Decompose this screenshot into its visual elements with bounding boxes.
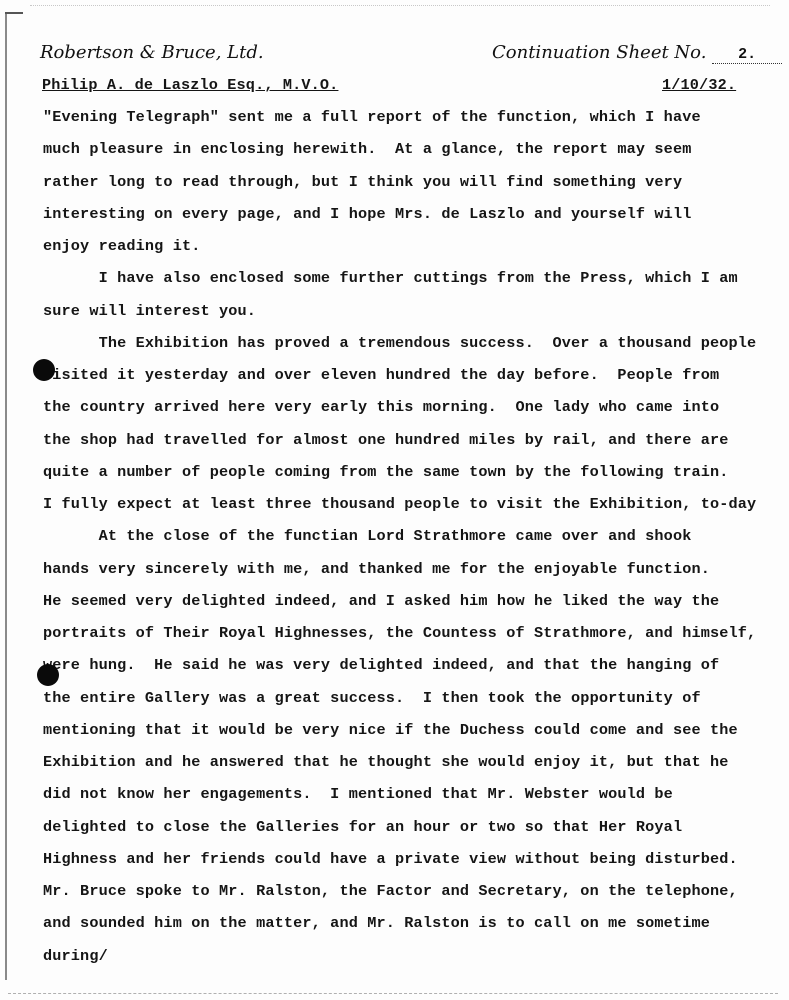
letter-line: I fully expect at least three thousand p…	[43, 493, 789, 525]
letter-line: Highness and her friends could have a pr…	[43, 848, 789, 880]
punch-hole	[37, 664, 59, 686]
letter-line: At the close of the functian Lord Strath…	[43, 525, 789, 557]
page-left-border	[5, 12, 7, 980]
letter-line: portraits of Their Royal Highnesses, the…	[43, 622, 789, 654]
letterhead-company: Robertson & Bruce, Ltd.	[40, 42, 264, 63]
continuation-label: Continuation Sheet No.	[492, 42, 706, 63]
letter-line: were hung. He said he was very delighted…	[43, 654, 789, 686]
letter-line: rather long to read through, but I think…	[43, 171, 789, 203]
letter-body: "Evening Telegraph" sent me a full repor…	[43, 106, 789, 977]
letter-line: interesting on every page, and I hope Mr…	[43, 203, 789, 235]
letter-line: delighted to close the Galleries for an …	[43, 816, 789, 848]
page-bottom-border	[8, 993, 778, 995]
letter-line: during/	[43, 945, 789, 977]
punch-hole	[33, 359, 55, 381]
continuation-number: 2.	[712, 46, 782, 64]
letter-line: quite a number of people coming from the…	[43, 461, 789, 493]
letter-page: Robertson & Bruce, Ltd. Continuation She…	[0, 0, 789, 1000]
letter-line: much pleasure in enclosing herewith. At …	[43, 138, 789, 170]
letter-line: hands very sincerely with me, and thanke…	[43, 558, 789, 590]
letter-line: the shop had travelled for almost one hu…	[43, 429, 789, 461]
letter-line: "Evening Telegraph" sent me a full repor…	[43, 106, 789, 138]
letter-line: Mr. Bruce spoke to Mr. Ralston, the Fact…	[43, 880, 789, 912]
scan-artifact	[30, 5, 770, 7]
letter-line: the country arrived here very early this…	[43, 396, 789, 428]
letter-line: enjoy reading it.	[43, 235, 789, 267]
letter-date: 1/10/32.	[662, 76, 736, 94]
letter-line: mentioning that it would be very nice if…	[43, 719, 789, 751]
letter-line: The Exhibition has proved a tremendous s…	[43, 332, 789, 364]
letter-line: and sounded him on the matter, and Mr. R…	[43, 912, 789, 944]
addressee: Philip A. de Laszlo Esq., M.V.O.	[42, 76, 338, 94]
letter-line: I have also enclosed some further cuttin…	[43, 267, 789, 299]
letter-line: Exhibition and he answered that he thoug…	[43, 751, 789, 783]
letter-line: the entire Gallery was a great success. …	[43, 687, 789, 719]
page-corner-mark	[5, 12, 23, 14]
continuation-sheet-header: Continuation Sheet No. 2.	[492, 42, 782, 64]
letter-line: did not know her engagements. I mentione…	[43, 783, 789, 815]
letter-line: visited it yesterday and over eleven hun…	[43, 364, 789, 396]
letter-line: He seemed very delighted indeed, and I a…	[43, 590, 789, 622]
letter-line: sure will interest you.	[43, 300, 789, 332]
